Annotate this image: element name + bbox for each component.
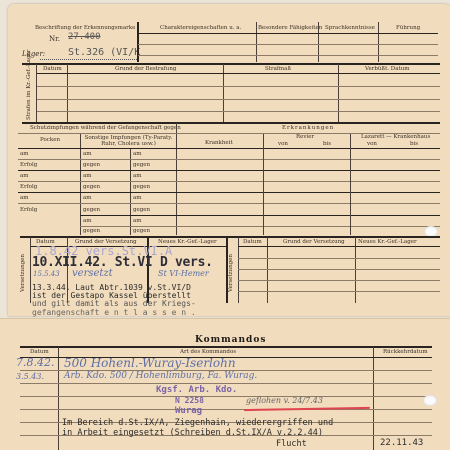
vacc-cell: am: [133, 151, 142, 157]
rule: [22, 122, 440, 124]
impfungen-title: Schutzimpfungen während der Gefangenscha…: [30, 125, 181, 131]
rule: [18, 159, 440, 160]
rule: [138, 44, 438, 45]
rule: [20, 346, 432, 348]
rule: [18, 133, 176, 134]
vers-right-col-grund: Grund der Versetzung: [283, 239, 345, 245]
divider: [256, 22, 257, 62]
divider: [318, 22, 319, 62]
kdo-row2-date: 3.5.43.: [16, 372, 44, 381]
rule: [238, 258, 440, 259]
col-lazarett-bis: bis: [410, 141, 418, 147]
kdo-col-rueckkehr: Rückkehrdatum: [383, 349, 428, 355]
vacc-cell: Erfolg: [20, 184, 37, 190]
punch-hole: [423, 395, 437, 406]
stamp-line-2: N 2258: [175, 396, 204, 405]
rule: [37, 99, 440, 100]
rule: [37, 111, 440, 112]
vacc-cell: am: [133, 173, 142, 179]
col-revier-bis: bis: [323, 141, 331, 147]
versetzungen-side-label-right: Versetzungen: [228, 252, 234, 292]
vers-entry-3-camp: St VI-Hemer: [158, 269, 209, 278]
col-faehigkeiten: Besondere Fähigkeiten: [258, 25, 322, 31]
divider: [378, 22, 379, 62]
rule: [80, 215, 440, 216]
vacc-cell: gegen: [83, 228, 100, 234]
rule: [238, 291, 440, 292]
divider: [176, 123, 177, 235]
tag-label: Beschriftung der Erkennungsmarke: [35, 25, 135, 31]
vers-entry-7: gefangenschaft e n t l a s s e n .: [32, 308, 196, 317]
vacc-cell: gegen: [133, 207, 150, 213]
rule: [20, 396, 432, 397]
kdo-col-datum: Datum: [30, 349, 49, 355]
rule: [37, 86, 440, 87]
rule: [80, 226, 440, 227]
vacc-cell: gegen: [83, 162, 100, 168]
vers-right-col-lager: Neues Kr.-Gef.-Lager: [358, 239, 417, 245]
rule: [18, 170, 440, 171]
rule: [18, 192, 440, 193]
col-sonstige: Sonstige Impfungen (Ty-Paraty. Ruhr, Cho…: [82, 135, 175, 147]
lager-underline: [40, 59, 137, 60]
vacc-cell: Erfolg: [20, 207, 37, 213]
kdo-text-line-1: Im Bereich d.St.IX/A, Ziegenhain, wieder…: [62, 418, 333, 428]
kdo-row1-date: 7.8.42.: [16, 356, 54, 369]
strafen-side-label: Strafen im Kr.-Gef.-Lager: [26, 68, 32, 120]
vacc-cell: am: [83, 173, 92, 179]
vacc-cell: am: [20, 195, 29, 201]
col-lazarett-von: von: [367, 141, 377, 147]
vacc-cell: gegen: [133, 228, 150, 234]
strafen-col-datum: Datum: [43, 66, 62, 72]
stamp-line-3: Wurag: [175, 406, 202, 416]
nr-label: Nr.: [49, 35, 60, 43]
kdo-text-line-2: in Arbeit eingesetzt (Schreiben d.St.IX/…: [62, 428, 323, 438]
divider: [350, 134, 351, 235]
divider: [263, 134, 264, 235]
rule: [20, 409, 432, 410]
stamp-line-1: Kgsf. Arb. Kdo.: [156, 385, 237, 395]
rule: [18, 181, 440, 182]
rule: [18, 148, 440, 149]
col-lazarett: Lazarett — Krankenhaus: [361, 134, 430, 140]
rule: [20, 236, 440, 238]
vacc-cell: am: [83, 151, 92, 157]
strafen-col-verbuesst: Verbüßt. Datum: [365, 66, 409, 72]
vers-entry-3-reason: versetzt: [72, 268, 113, 279]
vacc-cell: gegen: [133, 162, 150, 168]
col-revier: Revier: [296, 134, 314, 140]
vacc-cell: am: [133, 218, 142, 224]
kdo-flight-label: Flucht: [276, 439, 307, 449]
divider: [226, 237, 228, 303]
strafen-col-grund: Grund der Bestrafung: [115, 66, 176, 72]
kdo-return-date: 22.11.43: [380, 438, 423, 448]
rule: [37, 73, 440, 74]
versetzungen-side-label: Versetzungen: [20, 252, 26, 292]
vacc-cell: am: [83, 218, 92, 224]
nr-value: 27.400: [68, 32, 101, 42]
kdo-row1-text: 500 Hohenl.-Wuray-Iserlohn: [64, 356, 236, 370]
col-fuehrung: Führung: [396, 25, 420, 31]
rule: [18, 203, 440, 204]
vers-right-col-datum: Datum: [243, 239, 262, 245]
vers-entry-2: 10.XII.42. St.VI D vers.: [32, 255, 213, 270]
col-pocken: Pocken: [40, 137, 60, 143]
strafen-col-strafmass: Strafmaß: [265, 66, 291, 72]
vacc-cell: gegen: [83, 184, 100, 190]
rule: [22, 63, 440, 65]
vacc-cell: gegen: [83, 207, 100, 213]
kdo-row2-text: Arb. Kdo. 500 / Hohenlimburg, Fa. Wurag.: [64, 371, 257, 381]
vacc-cell: am: [20, 173, 29, 179]
vacc-cell: Erfolg: [20, 162, 37, 168]
kdo-flight-note: geflohen v. 24/7.43: [246, 396, 323, 405]
col-charakter: Charaktereigenschaften u. a.: [160, 25, 241, 31]
header-divider: [137, 22, 139, 62]
rule: [138, 33, 438, 34]
divider: [80, 134, 81, 235]
vacc-cell: am: [20, 151, 29, 157]
rule: [238, 246, 440, 247]
vacc-cell: am: [133, 195, 142, 201]
rule: [138, 55, 438, 56]
erkrankungen-title: Erkrankungen: [282, 125, 334, 131]
col-krankheit: Krankheit: [205, 140, 233, 146]
vers-entry-3-date: 15.5.43: [33, 270, 60, 278]
kommandos-title: Kommandos: [195, 335, 266, 345]
col-sprachen: Sprachkenntnisse: [325, 25, 375, 31]
vacc-cell: am: [83, 195, 92, 201]
col-revier-von: von: [278, 141, 288, 147]
lager-value: St.326 (VI/K: [68, 47, 140, 58]
rule: [20, 383, 432, 384]
kdo-col-art: Art des Kommandos: [180, 349, 236, 355]
vers-entry-6: und gilt damit als aus der Kriegs-: [32, 299, 196, 308]
vacc-cell: gegen: [133, 184, 150, 190]
rule: [238, 269, 440, 270]
rule: [238, 280, 440, 281]
